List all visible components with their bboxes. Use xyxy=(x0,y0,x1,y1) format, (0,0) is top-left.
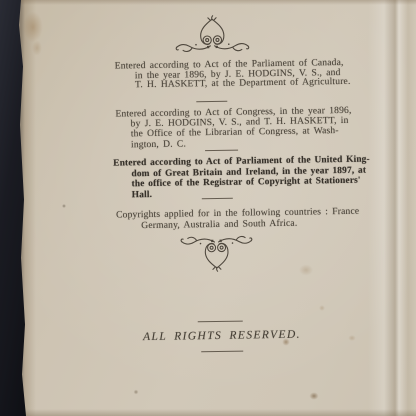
divider-rule xyxy=(196,101,227,102)
divider-rule xyxy=(205,150,238,152)
notice-line: ington, D. C. xyxy=(131,136,352,150)
copyright-notice-other-countries: Copyrights applied for in the following … xyxy=(116,206,360,232)
book-photo: Entered according to Act of the Parliame… xyxy=(0,0,416,416)
copyright-notice-united-kingdom: Entered according to Act of Parliament o… xyxy=(113,155,370,201)
copyright-notice-canada: Entered according to Act of the Parliame… xyxy=(115,58,351,91)
page-content: Entered according to Act of the Parliame… xyxy=(0,0,416,416)
divider-rule xyxy=(198,321,243,323)
notice-line: Germany, Australia and South Africa. xyxy=(141,217,359,231)
all-rights-reserved-text: ALL RIGHTS RESERVED. xyxy=(112,328,332,343)
fleuron-ornament-icon xyxy=(171,14,254,52)
copyright-notice-congress: Entered according to Act of Congress, in… xyxy=(115,106,352,151)
fleuron-ornament-inverted-icon xyxy=(176,235,257,272)
divider-rule xyxy=(201,351,243,353)
notice-line: T. H. HASKETT, at the Department of Agri… xyxy=(135,77,351,90)
